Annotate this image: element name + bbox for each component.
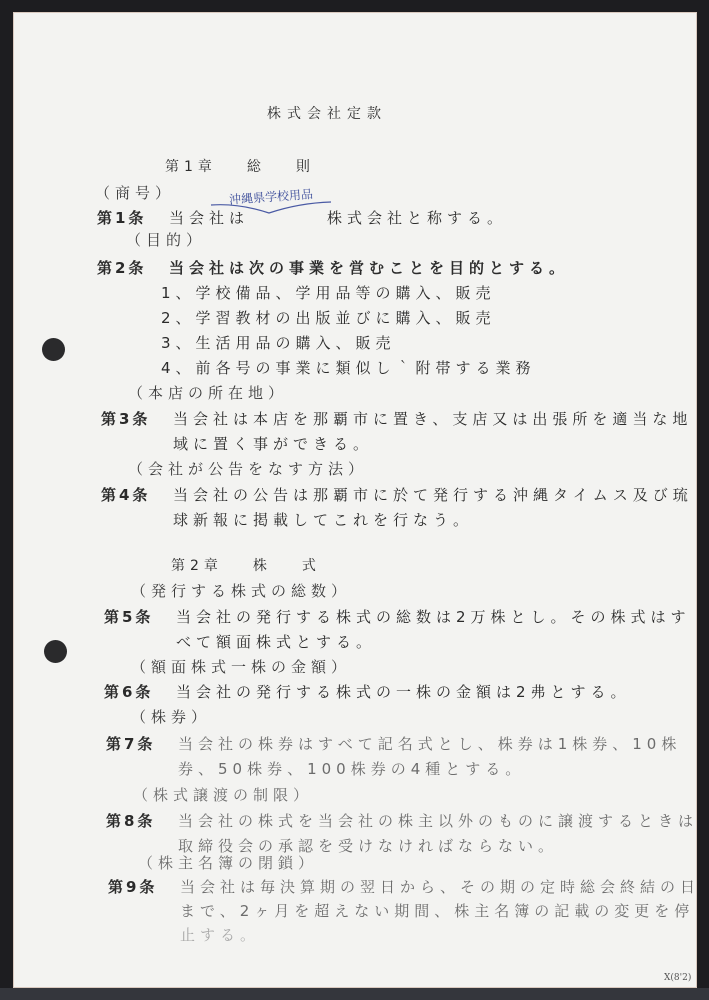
- article-8-number: 第8条: [106, 810, 178, 831]
- article-6-number: 第6条: [104, 681, 176, 702]
- article-2: 第2条当会社は次の事業を営むことを目的とする。: [97, 257, 569, 278]
- article-2-text: 当会社は次の事業を営むことを目的とする。: [169, 259, 569, 277]
- article-5: 第5条当会社の発行する株式の総数は2万株とし。その株式はす: [104, 606, 691, 627]
- chapter-1-name-a: 総: [247, 159, 266, 175]
- chapter-1-label: 第1章: [165, 159, 217, 175]
- chapter-2-label: 第2章: [171, 558, 223, 574]
- article-2-item-1: 1、学校備品、学用品等の購入、販売: [161, 282, 496, 303]
- article-4-line-1: 当会社の公告は那覇市に於て発行する沖縄タイムス及び琉: [173, 486, 693, 504]
- article-7-caption: （株券）: [131, 706, 211, 727]
- article-3: 第3条当会社は本店を那覇市に置き、支店又は出張所を適当な地: [101, 408, 692, 429]
- article-5-line-2: べて額面株式とする。: [176, 631, 376, 652]
- article-7-number: 第7条: [106, 733, 178, 754]
- article-9-number: 第9条: [108, 876, 180, 897]
- archive-corner-note: X(8'2): [664, 973, 691, 983]
- article-2-item-2: 2、学習教材の出版並びに購入、販売: [161, 307, 496, 328]
- article-9: 第9条当会社は毎決算期の翌日から、その期の定時総会終結の日: [108, 876, 700, 897]
- article-7-line-1: 当会社の株券はすべて記名式とし、株券は1株券、10株: [178, 735, 681, 753]
- article-7: 第7条当会社の株券はすべて記名式とし、株券は1株券、10株: [106, 733, 681, 754]
- article-6-line-1: 当会社の発行する株式の一株の金額は2弗とする。: [176, 683, 631, 701]
- article-4: 第4条当会社の公告は那覇市に於て発行する沖縄タイムス及び琉: [101, 484, 693, 505]
- article-9-line-1: 当会社は毎決算期の翌日から、その期の定時総会終結の日: [180, 878, 700, 896]
- article-3-caption: （本店の所在地）: [128, 382, 288, 403]
- punch-hole-upper: [42, 338, 65, 361]
- article-7-line-2: 券、50株券、100株券の4種とする。: [178, 758, 525, 779]
- chapter-2-name-b: 式: [302, 558, 321, 574]
- punch-hole-lower: [44, 640, 67, 663]
- article-1-caption: （商号）: [95, 182, 175, 203]
- article-5-line-1: 当会社の発行する株式の総数は2万株とし。その株式はす: [176, 608, 691, 626]
- article-2-item-3: 3、生活用品の購入、販売: [161, 332, 396, 353]
- article-1-text-before: 当会社は: [169, 209, 249, 227]
- article-9-line-3: 止する。: [180, 924, 260, 945]
- article-9-line-2: まで、2ヶ月を超えない期間、株主名簿の記載の変更を停: [180, 900, 694, 921]
- chapter-2-name-a: 株: [253, 558, 272, 574]
- article-3-line-1: 当会社は本店を那覇市に置き、支店又は出張所を適当な地: [173, 410, 692, 428]
- article-1: 第1条当会社は株式会社と称する。: [97, 207, 507, 228]
- article-9-caption: （株主名簿の閉鎖）: [138, 852, 318, 873]
- chapter-2-heading: 第2章株式: [171, 555, 321, 575]
- article-3-line-2: 域に置く事ができる。: [173, 433, 373, 454]
- article-4-line-2: 球新報に掲載してこれを行なう。: [173, 509, 473, 530]
- article-4-caption: （会社が公告をなす方法）: [128, 458, 368, 479]
- article-8: 第8条当会社の株式を当会社の株主以外のものに譲渡するときは: [106, 810, 698, 831]
- article-1-number: 第1条: [97, 207, 169, 228]
- article-2-caption: （目的）: [126, 229, 206, 250]
- article-2-number: 第2条: [97, 257, 169, 278]
- article-5-caption: （発行する株式の総数）: [131, 580, 351, 601]
- article-3-number: 第3条: [101, 408, 173, 429]
- article-2-item-4: 4、前各号の事業に類似し｀附帯する業務: [161, 357, 536, 378]
- article-4-number: 第4条: [101, 484, 173, 505]
- article-1-text-after: 株式会社と称する。: [327, 209, 507, 227]
- document-page: 株式会社定款 第1章総則 （商号） 沖縄県学校用品 第1条当会社は株式会社と称す…: [13, 12, 697, 988]
- article-6-caption: （額面株式一株の金額）: [131, 656, 351, 677]
- article-6: 第6条当会社の発行する株式の一株の金額は2弗とする。: [104, 681, 631, 702]
- article-8-caption: （株式譲渡の制限）: [133, 784, 313, 805]
- document-title: 株式会社定款: [267, 103, 387, 123]
- article-5-number: 第5条: [104, 606, 176, 627]
- chapter-1-heading: 第1章総則: [165, 156, 315, 176]
- scanner-background-band: [0, 988, 709, 1000]
- article-8-line-1: 当会社の株式を当会社の株主以外のものに譲渡するときは: [178, 812, 698, 830]
- chapter-1-name-b: 則: [296, 159, 315, 175]
